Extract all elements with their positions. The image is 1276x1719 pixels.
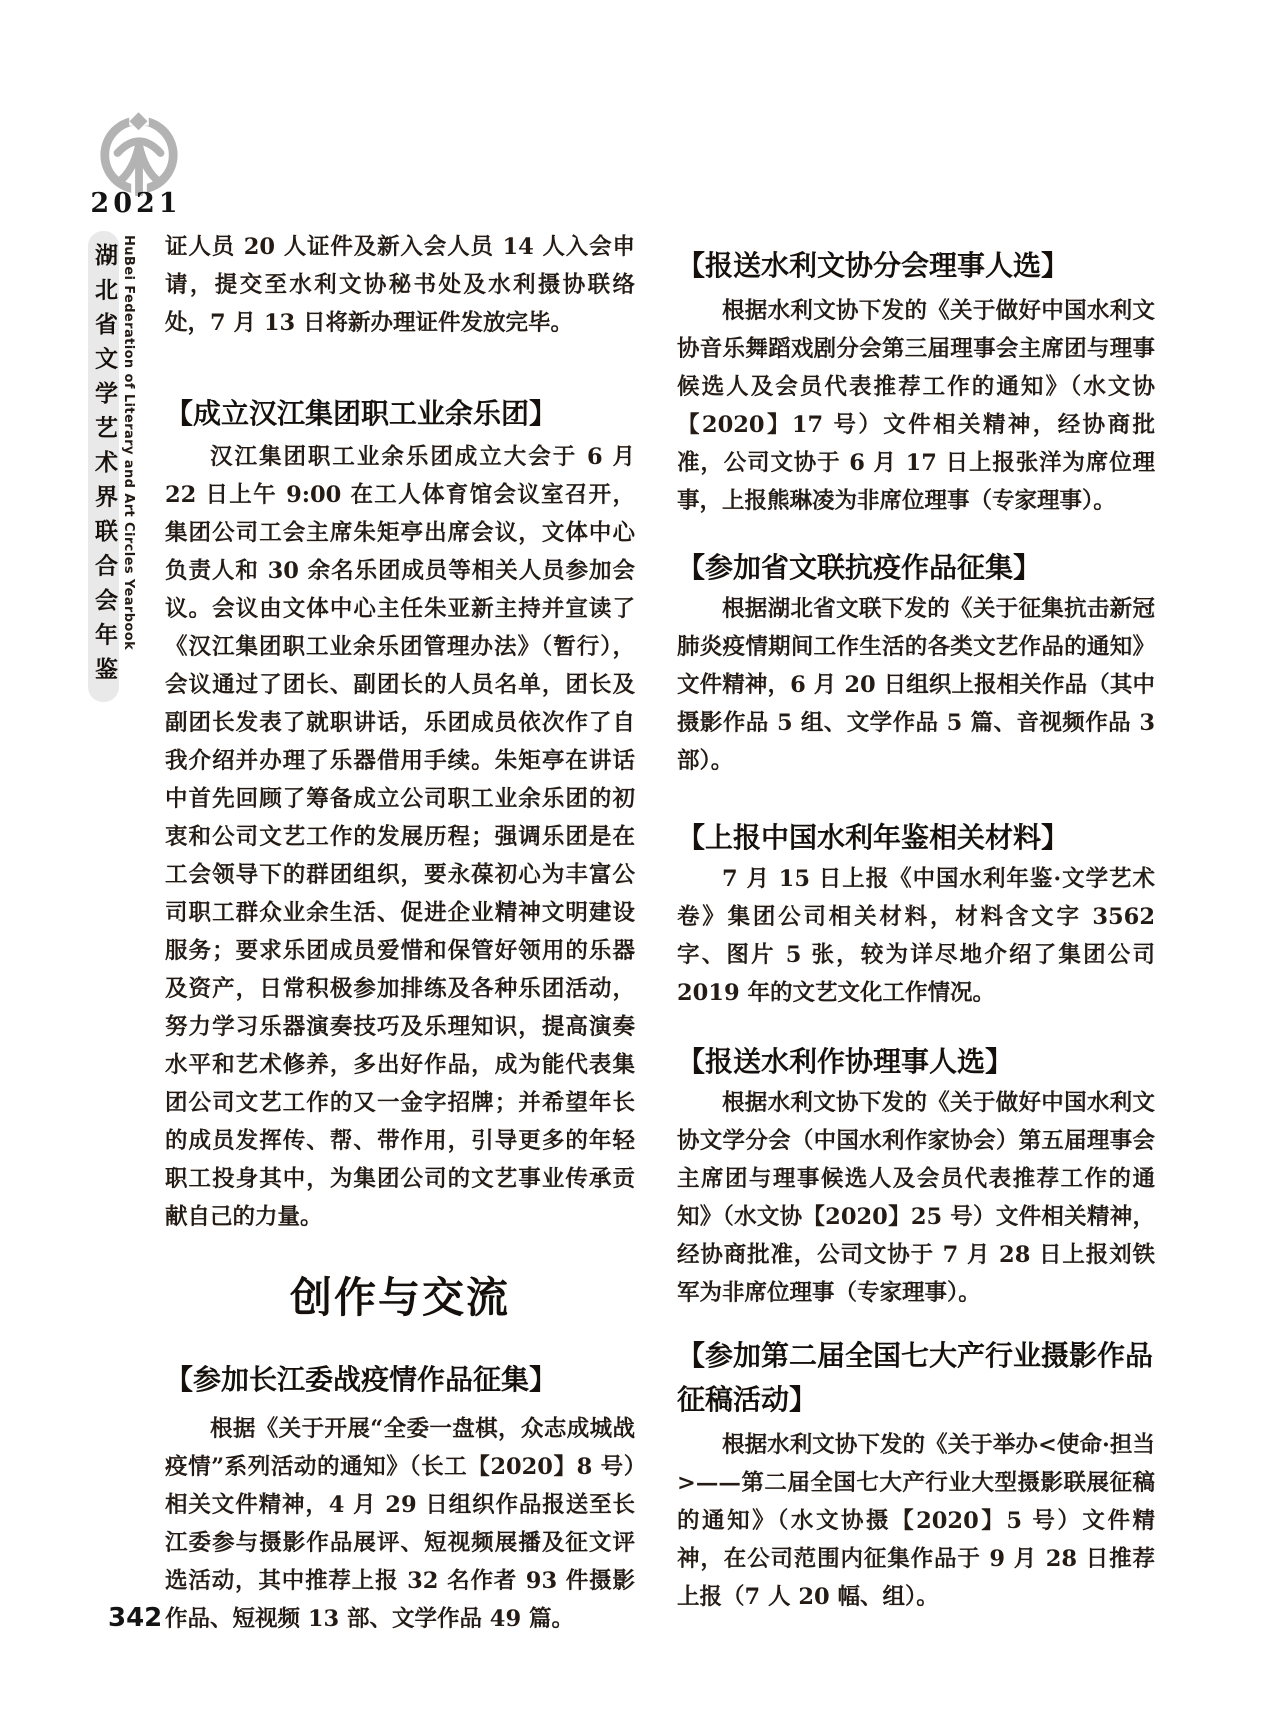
section-body-changjiang-epidemic: 根据《关于开展“全委一盘棋，众志成城战疫情”系列活动的通知》（长工【2020】8… xyxy=(165,1410,635,1638)
section-title-water-yearbook: 【上报中国水利年鉴相关材料】 xyxy=(677,816,1155,860)
federation-logo-icon xyxy=(92,110,186,196)
section-body-water-yearbook: 7 月 15 日上报《中国水利年鉴·文学艺术卷》集团公司相关材料，材料含文字 3… xyxy=(677,860,1155,1012)
right-column: 【报送水利文协分会理事人选】 根据水利文协下发的《关于做好中国水利文协音乐舞蹈戏… xyxy=(677,244,1155,1616)
section-title-writers-directors: 【报送水利作协理事人选】 xyxy=(677,1040,1155,1084)
section-body-photo-solicitation: 根据水利文协下发的《关于举办<使命·担当>——第二届全国七大产行业大型摄影联展征… xyxy=(677,1426,1155,1616)
section-title-changjiang-epidemic: 【参加长江委战疫情作品征集】 xyxy=(165,1358,635,1402)
page-number: 342 xyxy=(108,1602,162,1634)
sidebar-title-chinese: 湖北省文学艺术界联合会年鉴 xyxy=(88,243,119,703)
section-body-writers-directors: 根据水利文协下发的《关于做好中国水利文协文学分会（中国水利作家协会）第五届理事会… xyxy=(677,1084,1155,1312)
yearbook-page: 2021 湖北省文学艺术界联合会年鉴 HuBei Federation of L… xyxy=(0,0,1276,1719)
section-title-photo-solicitation: 【参加第二届全国七大产行业摄影作品征稿活动】 xyxy=(677,1334,1155,1422)
continuation-paragraph: 证人员 20 人证件及新入会人员 14 人入会申请，提交至水利文协秘书处及水利摄… xyxy=(165,228,635,342)
section-body-branch-directors: 根据水利文协下发的《关于做好中国水利文协音乐舞蹈戏剧分会第三届理事会主席团与理事… xyxy=(677,292,1155,520)
left-column: 证人员 20 人证件及新入会人员 14 人入会申请，提交至水利文协秘书处及水利摄… xyxy=(165,228,635,1638)
section-title-provincial-antiepidemic: 【参加省文联抗疫作品征集】 xyxy=(677,546,1155,590)
section-body-orchestra: 汉江集团职工业余乐团成立大会于 6 月 22 日上午 9:00 在工人体育馆会议… xyxy=(165,438,635,1236)
section-title-orchestra: 【成立汉江集团职工业余乐团】 xyxy=(165,392,635,436)
section-title-branch-directors: 【报送水利文协分会理事人选】 xyxy=(677,244,1155,288)
part-title-creation-exchange: 创作与交流 xyxy=(165,1272,635,1324)
sidebar-title-english: HuBei Federation of Literary and Art Cir… xyxy=(118,235,138,755)
section-body-provincial-antiepidemic: 根据湖北省文联下发的《关于征集抗击新冠肺炎疫情期间工作生活的各类文艺作品的通知》… xyxy=(677,590,1155,780)
logo-year-label: 2021 xyxy=(86,188,186,219)
